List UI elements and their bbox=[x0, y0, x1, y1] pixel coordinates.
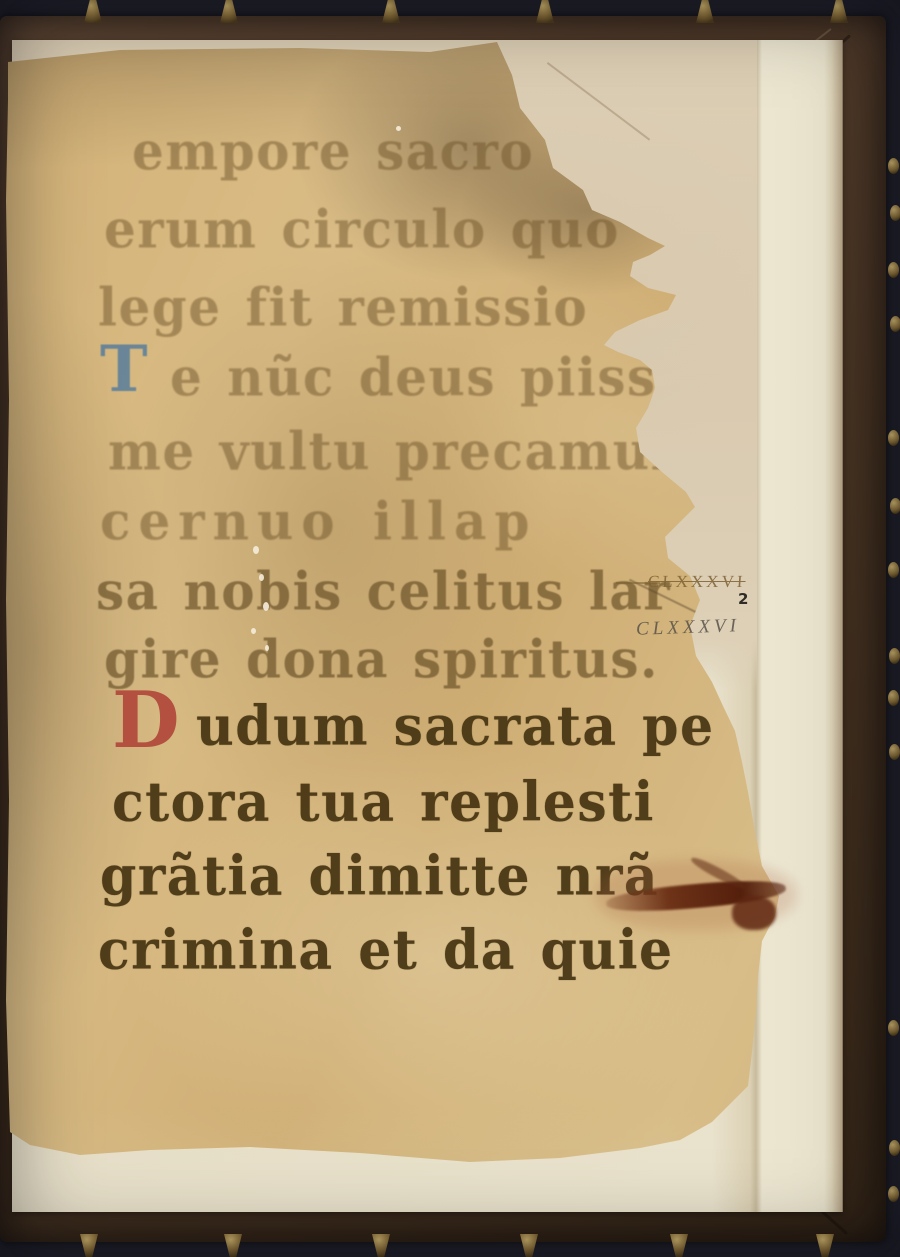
brass-stud bbox=[520, 1234, 538, 1257]
ink-stain bbox=[732, 896, 776, 930]
folio-number-modern: 2 bbox=[738, 590, 748, 608]
text-line-content: erum circulo quo bbox=[104, 199, 620, 260]
text-line-content: sa nobis celitus lar bbox=[96, 561, 671, 622]
white-spot bbox=[263, 602, 269, 611]
brass-boss bbox=[890, 498, 900, 514]
text-line-content: gire dona spiritus. bbox=[104, 629, 659, 690]
brass-boss bbox=[888, 430, 899, 446]
brass-stud bbox=[696, 0, 714, 23]
brass-boss bbox=[889, 744, 900, 760]
initial-t-blue: T bbox=[100, 338, 148, 402]
brass-boss bbox=[888, 690, 899, 706]
brass-boss bbox=[889, 1140, 900, 1156]
text-line: sa nobis celitus lar bbox=[96, 561, 671, 622]
brass-boss bbox=[888, 262, 899, 278]
folio-number-struck: CLXXXVI bbox=[647, 572, 746, 592]
text-line: cernuo illap bbox=[100, 491, 537, 552]
initial-d-red: D bbox=[112, 682, 180, 760]
brass-boss bbox=[888, 562, 899, 578]
text-line-content: grãtia dimitte nrã bbox=[100, 845, 659, 908]
brass-stud bbox=[220, 0, 238, 23]
text-line-content: ctora tua replesti bbox=[112, 771, 655, 834]
white-spot bbox=[265, 645, 269, 651]
brass-stud bbox=[536, 0, 554, 23]
manuscript-photo: empore sacro di erum circulo quo lege fi… bbox=[0, 0, 900, 1257]
text-line-content: cernuo illap bbox=[100, 491, 537, 552]
white-spot bbox=[259, 574, 264, 581]
white-spot bbox=[253, 546, 259, 554]
white-spot bbox=[396, 126, 401, 131]
brass-stud bbox=[80, 1234, 98, 1257]
white-spot bbox=[251, 628, 256, 634]
brass-stud bbox=[670, 1234, 688, 1257]
brass-stud bbox=[84, 0, 102, 23]
brass-boss bbox=[889, 648, 900, 664]
text-line-content: e nũc deus piissi bbox=[170, 347, 677, 408]
text-line: ctora tua replesti bbox=[112, 771, 655, 834]
brass-boss bbox=[888, 1186, 899, 1202]
brass-stud bbox=[830, 0, 848, 23]
text-line: udum sacrata pe bbox=[196, 695, 715, 758]
folio-number-pencil: CLXXXVI bbox=[636, 615, 741, 641]
brass-stud bbox=[224, 1234, 242, 1257]
text-line: e nũc deus piissi bbox=[170, 347, 677, 408]
brass-boss bbox=[890, 205, 900, 221]
text-line-content: me vultu precamur bbox=[108, 421, 678, 482]
brass-stud bbox=[816, 1234, 834, 1257]
text-line: crimina et da quie bbox=[98, 919, 674, 982]
text-line: erum circulo quo bbox=[104, 199, 620, 260]
brass-stud bbox=[382, 0, 400, 23]
text-line-content: crimina et da quie bbox=[98, 919, 674, 982]
text-line-content: udum sacrata pe bbox=[196, 695, 715, 758]
text-line: me vultu precamur bbox=[108, 421, 678, 482]
text-line: gire dona spiritus. bbox=[104, 629, 659, 690]
brass-boss bbox=[888, 158, 899, 174]
text-line: lege fit remissio bbox=[98, 277, 588, 338]
brass-stud bbox=[372, 1234, 390, 1257]
brass-boss bbox=[890, 316, 900, 332]
text-line: grãtia dimitte nrã bbox=[100, 845, 659, 908]
brass-boss bbox=[888, 1020, 899, 1036]
text-line-content: lege fit remissio bbox=[98, 277, 588, 338]
